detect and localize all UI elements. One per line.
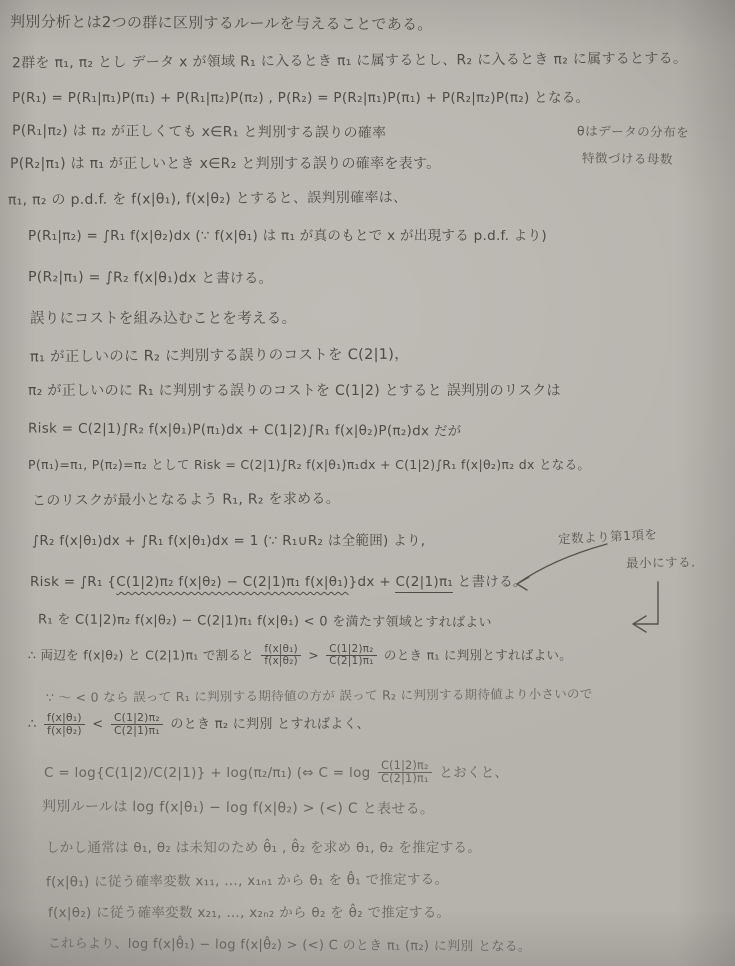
note-line-4: P(R₁|π₂) は π₂ が正しくても x∈R₁ と判別する誤りの確率 <box>12 123 386 143</box>
note-line-2: 2群を π₁, π₂ とし データ x が領域 R₁ に入るとき π₁ に属する… <box>12 51 687 73</box>
ratio-rule-prefix: ∴ 両辺を f(x|θ₂) と C(2|1)π₁ で割ると <box>28 647 258 662</box>
curved-arrow-to-constant-term <box>517 544 607 590</box>
note-line-6: π₁, π₂ の p.d.f. を f(x|θ₁), f(x|θ₂) とすると、… <box>8 190 407 210</box>
margin-note-theta-line1: θはデータの分布を <box>577 121 689 141</box>
rule-suffix: のとき π₂ に判別 とすればよく、 <box>166 717 370 732</box>
note-line-22: 判別ルールは log f(x|θ₁) − log f(x|θ₂) > (<) C… <box>42 799 434 819</box>
elbow-arrow-to-region-condition <box>633 582 658 632</box>
note-line-14: このリスクが最小となるよう R₁, R₂ を求める。 <box>32 491 340 511</box>
annotation-arrows-layer <box>0 0 735 966</box>
note-line-12: Risk = C(2|1)∫R₂ f(x|θ₁)P(π₁)dx + C(1|2)… <box>28 420 462 440</box>
constant-definition-suffix: とおくと、 <box>435 765 509 781</box>
constant-definition-prefix: C = log{C(1|2)/C(2|1)} + log(π₂/π₁) (⇔ C… <box>44 765 375 781</box>
therefore-sign: ∴ <box>28 717 41 732</box>
note-line-5: P(R₂|π₁) は π₁ が正しいとき x∈R₂ と判別する誤りの確率を表す。 <box>10 156 440 174</box>
margin-note-minimize-line1: 定数より第1項を <box>558 524 658 547</box>
risk-formula-mid: }dx + <box>349 574 396 590</box>
note-line-11: π₂ が正しいのに R₁ に判別する誤りのコストを C(1|2) とすると 誤判… <box>28 383 561 401</box>
note-line-13: P(π₁)=π₁, P(π₂)=π₂ として Risk = C(2|1)∫R₂ … <box>28 457 590 473</box>
wavy-underline-term: C(1|2)π₂ f(x|θ₂) − C(2|1)π₁ f(x|θ₁) <box>116 574 348 590</box>
note-line-8: P(R₂|π₁) = ∫R₂ f(x|θ₁)dx と書ける。 <box>28 269 273 288</box>
note-line-23: しかし通常は θ₁, θ₂ は未知のため θ̂₁ , θ̂₂ を求め θ₁, θ… <box>46 840 481 857</box>
note-line-19: ∵ 〜 < 0 なら 誤って R₁ に判別する期待値の方が 誤って R₂ に判別… <box>46 686 593 705</box>
note-line-1: 判別分析とは2つの群に区別するルールを与えることである。 <box>10 13 433 35</box>
inequality-sign: > <box>304 647 323 662</box>
note-line-9: 誤りにコストを組み込むことを考える。 <box>30 310 296 328</box>
risk-formula-prefix: Risk = ∫R₁ { <box>30 574 116 590</box>
risk-formula-suffix: と書ける。 <box>453 574 527 590</box>
note-line-7: P(R₁|π₂) = ∫R₁ f(x|θ₂)dx (∵ f(x|θ₁) は π₁… <box>28 228 547 245</box>
note-line-25: f(x|θ₂) に従う確率変数 x₂₁, …, x₂ₙ₂ から θ₂ を θ̂₂… <box>48 905 450 922</box>
ratio-rule-suffix: のとき π₁ に判別とすればよい。 <box>380 647 572 662</box>
inequality-sign: < <box>88 717 108 732</box>
note-line-24: f(x|θ₁) に従う確率変数 x₁₁, …, x₁ₙ₁ から θ₁ を θ̂₁… <box>46 872 448 892</box>
notebook-page: 判別分析とは2つの群に区別するルールを与えることである。 2群を π₁, π₂ … <box>0 0 735 966</box>
cost-ratio-fraction: C(1|2)π₂C(2|1)π₁ <box>111 712 163 737</box>
note-line-10: π₁ が正しいのに R₂ に判別する誤りのコストを C(2|1)， <box>30 346 409 367</box>
note-line-18: ∴ 両辺を f(x|θ₂) と C(2|1)π₁ で割ると f(x|θ₁)f(x… <box>28 644 572 668</box>
note-line-20: ∴ f(x|θ₁)f(x|θ₂) < C(1|2)π₂C(2|1)π₁ のとき … <box>28 712 370 737</box>
likelihood-ratio-fraction: f(x|θ₁)f(x|θ₂) <box>44 712 85 737</box>
underlined-constant-term: C(2|1)π₁ <box>395 574 453 593</box>
margin-note-minimize-line2: 最小にする. <box>626 552 696 571</box>
note-line-15: ∫R₂ f(x|θ₁)dx + ∫R₁ f(x|θ₁)dx = 1 (∵ R₁∪… <box>32 533 425 550</box>
cost-ratio-fraction: C(1|2)π₂C(2|1)π₁ <box>378 760 432 786</box>
note-line-16: Risk = ∫R₁ {C(1|2)π₂ f(x|θ₂) − C(2|1)π₁ … <box>30 574 527 591</box>
likelihood-ratio-fraction: f(x|θ₁)f(x|θ₂) <box>261 644 301 668</box>
note-line-26: これらより、log f(x|θ̂₁) − log f(x|θ̂₂) > (<) … <box>48 936 531 956</box>
note-line-3: P(R₁) = P(R₁|π₁)P(π₁) + P(R₁|π₂)P(π₂) , … <box>12 90 589 107</box>
margin-note-theta-line2: 特徴づける母数 <box>582 148 673 167</box>
note-line-21: C = log{C(1|2)/C(2|1)} + log(π₂/π₁) (⇔ C… <box>44 760 508 786</box>
cost-ratio-fraction: C(1|2)π₂C(2|1)π₁ <box>326 644 376 668</box>
note-line-17: R₁ を C(1|2)π₂ f(x|θ₂) − C(2|1)π₁ f(x|θ₁)… <box>38 612 492 631</box>
